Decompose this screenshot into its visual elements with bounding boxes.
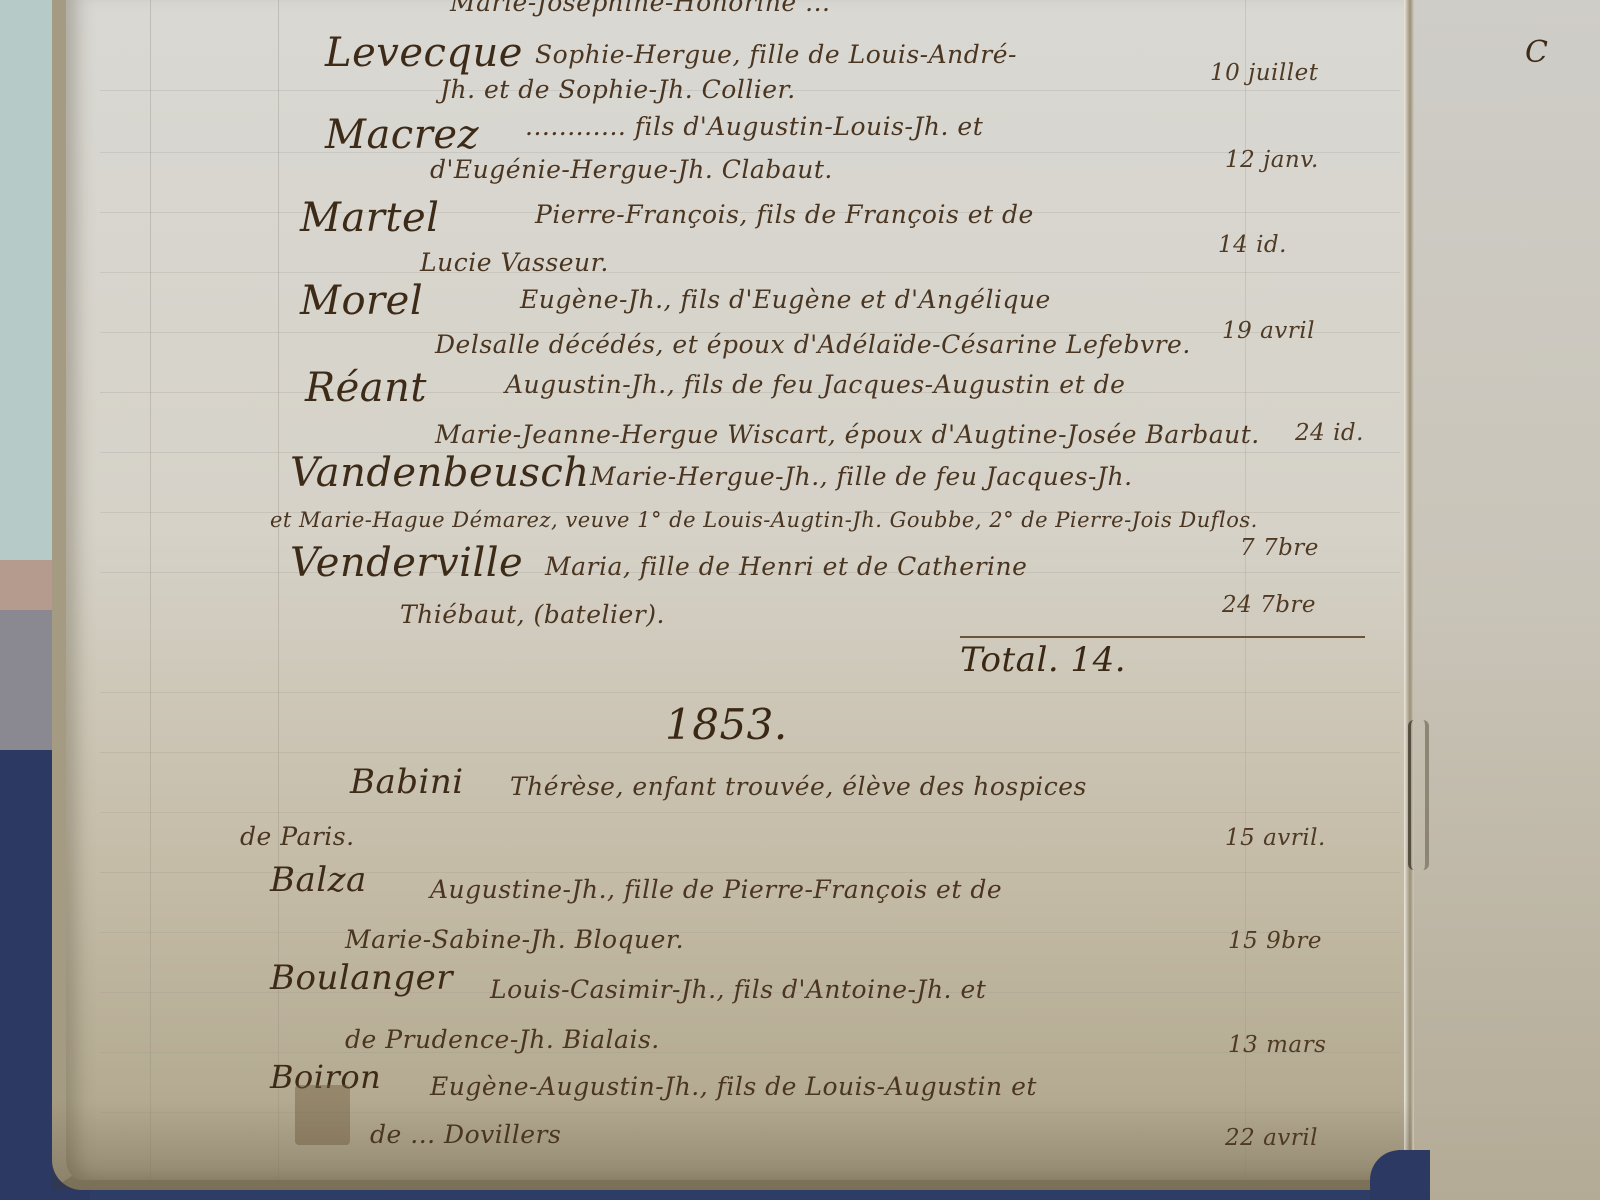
entry-line: Thiébaut, (batelier). <box>400 600 665 629</box>
entry-line: Eugène-Augustin-Jh., fils de Louis-Augus… <box>430 1072 1037 1101</box>
ruled-line <box>100 752 1400 753</box>
right-page <box>1412 0 1600 1200</box>
entry-line: ............ fils d'Augustin-Louis-Jh. e… <box>525 112 983 141</box>
entry-date: 10 juillet <box>1210 60 1318 86</box>
date-column-rule <box>1245 0 1246 1180</box>
total-rule <box>960 636 1365 638</box>
entry-line: Augustine-Jh., fille de Pierre-François … <box>430 875 1002 904</box>
entry-date: 19 avril <box>1222 318 1315 344</box>
ruled-line <box>100 812 1400 813</box>
entry-surname: Levecque <box>325 30 523 76</box>
entry-line: Marie-Jeanne-Hergue Wiscart, époux d'Aug… <box>435 420 1260 449</box>
ruled-line <box>100 1052 1400 1053</box>
entry-surname: Babini <box>350 762 464 802</box>
entry-fragment-top: Marie-Joséphine-Honorine ... <box>450 0 830 17</box>
entry-line: et Marie-Hague Démarez, veuve 1° de Loui… <box>270 508 1258 532</box>
entry-surname: Boulanger <box>270 958 453 998</box>
left-margin-rule <box>150 0 151 1180</box>
year-heading: 1853. <box>665 700 788 749</box>
entry-surname: Balza <box>270 860 367 900</box>
ruled-line <box>100 692 1400 693</box>
entry-surname: Martel <box>300 195 439 241</box>
entry-line: Pierre-François, fils de François et de <box>535 200 1034 229</box>
entry-date: 14 id. <box>1218 232 1287 258</box>
book-gutter <box>1404 0 1414 1180</box>
entry-line: Lucie Vasseur. <box>420 248 609 277</box>
page-shadow <box>52 1100 1412 1190</box>
entry-line: Maria, fille de Henri et de Catherine <box>545 552 1027 581</box>
entry-surname: Venderville <box>290 540 523 586</box>
entry-surname: Macrez <box>325 112 479 158</box>
entry-surname: Vandenbeusch <box>290 450 590 496</box>
entry-line: Sophie-Hergue, fille de Louis-André- <box>535 40 1017 69</box>
entry-surname: Morel <box>300 278 423 324</box>
entry-date: 13 mars <box>1228 1032 1326 1058</box>
entry-line: d'Eugénie-Hergue-Jh. Clabaut. <box>430 155 833 184</box>
ruled-line <box>100 932 1400 933</box>
entry-line: Marie-Hergue-Jh., fille de feu Jacques-J… <box>590 462 1133 491</box>
entry-line: de Prudence-Jh. Bialais. <box>345 1025 660 1054</box>
entry-line: Jh. et de Sophie-Jh. Collier. <box>440 75 796 104</box>
entry-date: 24 id. <box>1295 420 1364 446</box>
background-corner <box>1370 1150 1430 1200</box>
entry-line: Thérèse, enfant trouvée, élève des hospi… <box>510 772 1087 801</box>
entry-line: Eugène-Jh., fils d'Eugène et d'Angélique <box>520 285 1051 314</box>
entry-surname: Réant <box>305 365 427 411</box>
entry-date: 7 7bre <box>1240 535 1319 561</box>
entry-date: 24 7bre <box>1222 592 1316 618</box>
entry-line: de Paris. <box>240 822 355 851</box>
entry-line: Louis-Casimir-Jh., fils d'Antoine-Jh. et <box>490 975 986 1004</box>
name-margin-rule <box>278 0 279 1180</box>
ruled-line <box>100 152 1400 153</box>
entry-date: 12 janv. <box>1225 147 1319 173</box>
ruled-line <box>100 272 1400 273</box>
entry-line: Marie-Sabine-Jh. Bloquer. <box>345 925 684 954</box>
binding-thread <box>1408 720 1429 870</box>
entry-date: 15 9bre <box>1228 928 1322 954</box>
entry-line: Delsalle décédés, et époux d'Adélaïde-Cé… <box>435 330 1191 359</box>
right-page-mark: C <box>1525 35 1548 70</box>
total-count: Total. 14. <box>960 640 1126 680</box>
entry-date: 15 avril. <box>1225 825 1326 851</box>
entry-line: Augustin-Jh., fils de feu Jacques-August… <box>505 370 1125 399</box>
